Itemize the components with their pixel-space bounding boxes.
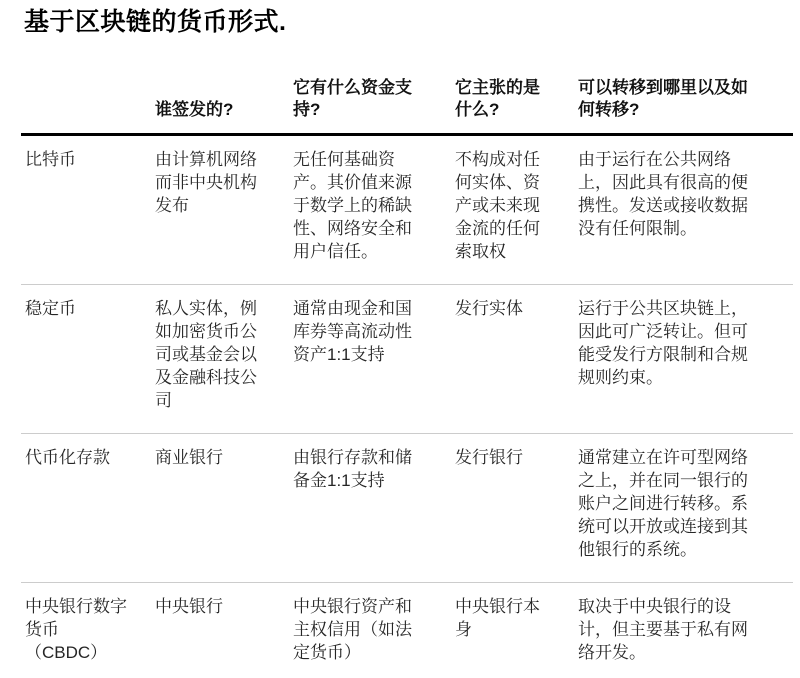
cell-transfer: 取决于中央银行的设计，但主要基于私有网络开发。 — [578, 582, 793, 678]
header-cell-transfer: 可以转移到哪里以及如何转移? — [578, 38, 793, 134]
row-label: 比特币 — [21, 134, 155, 284]
header-cell-issuer: 谁签发的? — [155, 38, 293, 134]
cell-backing: 通常由现金和国库券等高流动性资产1:1支持 — [293, 284, 455, 433]
cell-issuer: 由计算机网络而非中央机构发布 — [155, 134, 293, 284]
row-label: 稳定币 — [21, 284, 155, 433]
cell-issuer: 商业银行 — [155, 433, 293, 582]
header-cell-claim: 它主张的是什么? — [455, 38, 578, 134]
cell-backing: 无任何基础资产。其价值来源于数学上的稀缺性、网络安全和用户信任。 — [293, 134, 455, 284]
cell-transfer: 运行于公共区块链上，因此可广泛转让。但可能受发行方限制和合规规则约束。 — [578, 284, 793, 433]
header-cell-blank — [21, 38, 155, 134]
table-row-stablecoin: 稳定币 私人实体，例如加密货币公司或基金会以及金融科技公司 通常由现金和国库券等… — [21, 284, 793, 433]
cell-issuer: 私人实体，例如加密货币公司或基金会以及金融科技公司 — [155, 284, 293, 433]
header-cell-backing: 它有什么资金支持? — [293, 38, 455, 134]
cell-backing: 中央银行资产和主权信用（如法定货币） — [293, 582, 455, 678]
cell-claim: 发行银行 — [455, 433, 578, 582]
table-row-cbdc: 中央银行数字货币（CBDC） 中央银行 中央银行资产和主权信用（如法定货币） 中… — [21, 582, 793, 678]
cell-transfer: 通常建立在许可型网络之上，并在同一银行的账户之间进行转移。系统可以开放或连接到其… — [578, 433, 793, 582]
cell-claim: 发行实体 — [455, 284, 578, 433]
row-label: 代币化存款 — [21, 433, 155, 582]
cell-claim: 不构成对任何实体、资产或未来现金流的任何索取权 — [455, 134, 578, 284]
table-row-bitcoin: 比特币 由计算机网络而非中央机构发布 无任何基础资产。其价值来源于数学上的稀缺性… — [21, 134, 793, 284]
blockchain-money-table: 谁签发的? 它有什么资金支持? 它主张的是什么? 可以转移到哪里以及如何转移? … — [21, 38, 793, 678]
header-row: 谁签发的? 它有什么资金支持? 它主张的是什么? 可以转移到哪里以及如何转移? — [21, 38, 793, 134]
cell-issuer: 中央银行 — [155, 582, 293, 678]
page-title: 基于区块链的货币形式. — [24, 6, 800, 38]
page: 基于区块链的货币形式. 谁签发的? 它有什么资金支持? 它主张的是什么? 可以转… — [0, 6, 800, 678]
cell-transfer: 由于运行在公共网络上，因此具有很高的便携性。发送或接收数据没有任何限制。 — [578, 134, 793, 284]
row-label: 中央银行数字货币（CBDC） — [21, 582, 155, 678]
cell-claim: 中央银行本身 — [455, 582, 578, 678]
cell-backing: 由银行存款和储备金1:1支持 — [293, 433, 455, 582]
table-row-tokenized-deposit: 代币化存款 商业银行 由银行存款和储备金1:1支持 发行银行 通常建立在许可型网… — [21, 433, 793, 582]
